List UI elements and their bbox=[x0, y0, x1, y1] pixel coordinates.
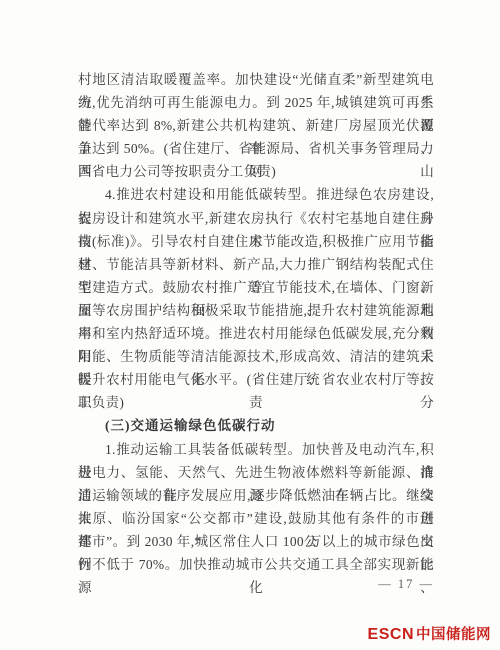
text-line: 农房设计和建筑水平,新建农房执行《农村宅基地自建住房技术指 bbox=[78, 207, 434, 230]
escn-logo: ESCN中国储能网 bbox=[368, 623, 491, 644]
section-heading: (三)交通运输绿色低碳行动 bbox=[78, 414, 434, 437]
text-line: 通运输领域的有序发展应用,逐步降低燃油车辆占比。继续推进 bbox=[78, 484, 434, 507]
text-line: 例不低于 70%。加快推动城市公共交通工具全部实现新能源化、 bbox=[78, 553, 434, 576]
text-line: 1.推动运输工具装备低碳转型。加快普及电动汽车,积极推 bbox=[78, 438, 434, 461]
text-line: 材、节能洁具等新材料、新产品,大力推广钢结构装配式住宅等新 bbox=[78, 253, 434, 276]
document-page: 村地区清洁取暖覆盖率。加快建设“光储直柔”新型建筑电力系 统,优先消纳可再生能源… bbox=[0, 0, 500, 650]
text-line: 提升农村用能电气化水平。(省住建厅、省农业农村厅等按职责分 bbox=[78, 368, 434, 391]
text-line: 村地区清洁取暖覆盖率。加快建设“光储直柔”新型建筑电力系 bbox=[78, 68, 434, 91]
text-line: 太原、临汾国家“公交都市”建设,鼓励其他有条件的市创建“公交 bbox=[78, 507, 434, 530]
text-line: 南(标准)》。引导农村自建住房节能改造,积极推广应用节能建 bbox=[78, 230, 434, 253]
text-line: 都市”。到 2030 年,城区常住人口 100 万以上的城市绿色出行比 bbox=[78, 530, 434, 553]
text-line: 面等农房围护结构积极采取节能措施,提升农村建筑能源利用效 bbox=[78, 299, 434, 322]
text-line: 争达到 50%。(省住建厅、省能源局、省机关事务管理局、国网山 bbox=[78, 137, 434, 160]
text-line: 4.推进农村建设和用能低碳转型。推进绿色农房建设,提升 bbox=[78, 183, 434, 206]
text-line: 型建造方式。鼓励农村推广适宜节能技术,在墙体、门窗、屋面、地 bbox=[78, 276, 434, 299]
page-number: — 17 — bbox=[0, 577, 434, 592]
text-line: 阳能、生物质能等清洁能源技术,形成高效、清洁的建筑采暖系统。 bbox=[78, 345, 434, 368]
text-line: 进电力、氢能、天然气、先进生物液体燃料等新能源、清洁能源在交 bbox=[78, 461, 434, 484]
text-line: 统,优先消纳可再生能源电力。到 2025 年,城镇建筑可再生能源 bbox=[78, 91, 434, 114]
text-line: 替代率达到 8%,新建公共机构建筑、新建厂房屋顶光伏覆盖率力 bbox=[78, 114, 434, 137]
text-line: 率和室内热舒适环境。推进农村用能绿色低碳发展,充分利用太 bbox=[78, 322, 434, 345]
escn-logo-en: ESCN bbox=[368, 626, 414, 643]
text-block: 村地区清洁取暖覆盖率。加快建设“光储直柔”新型建筑电力系 统,优先消纳可再生能源… bbox=[78, 68, 434, 576]
escn-logo-zh: 中国储能网 bbox=[416, 627, 491, 643]
